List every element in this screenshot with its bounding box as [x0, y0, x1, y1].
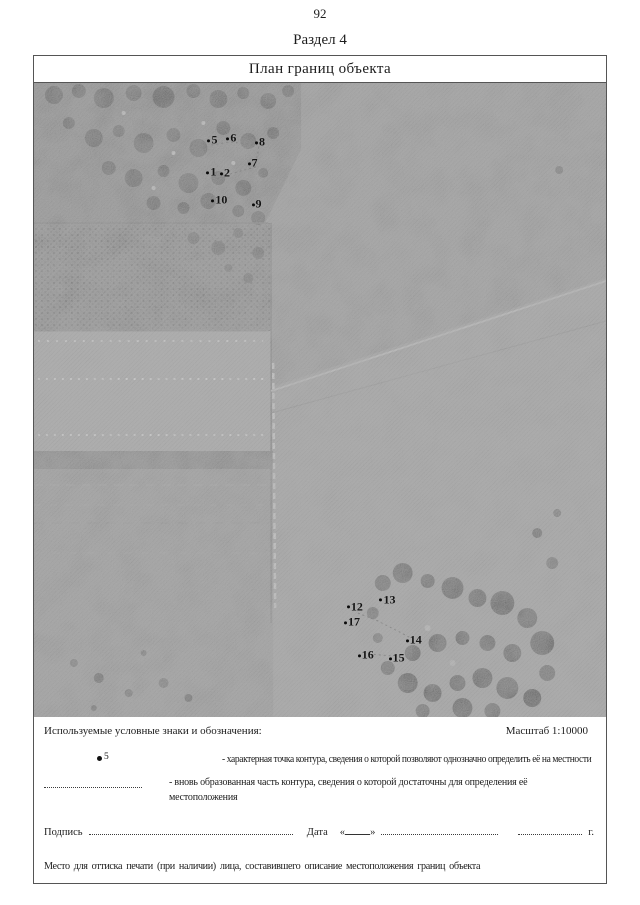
point-symbol: 5 [44, 752, 222, 764]
map-point: 8 [255, 135, 265, 147]
section-title: Раздел 4 [0, 32, 640, 49]
legend-dotted-line-text: - вновь образованная часть контура, свед… [169, 775, 594, 806]
signature-row: Подпись Дата « » г. [44, 824, 594, 838]
map-point: 14 [406, 634, 422, 646]
legend-point-text: - характерная точка контура, сведения о … [222, 752, 591, 768]
month-line[interactable] [381, 824, 497, 835]
date-label: Дата [307, 827, 328, 838]
map-point: 13 [379, 593, 395, 605]
document-page: 92 Раздел 4 План границ объекта [0, 0, 640, 905]
year-line[interactable] [518, 824, 583, 835]
legend-heading: Используемые условные знаки и обозначени… [44, 725, 262, 737]
map-point: 16 [358, 648, 374, 660]
map-point: 9 [252, 197, 262, 209]
legend-item-point: 5 - характерная точка контура, сведения … [44, 752, 594, 768]
seal-note-row: Место для оттиска печати (при наличии) л… [44, 861, 594, 872]
map-point: 5 [207, 133, 217, 145]
map-point: 10 [211, 194, 227, 206]
map-point: 7 [248, 156, 258, 168]
plan-boundaries-box: План границ объекта [33, 55, 607, 884]
map-point: 2 [220, 166, 230, 178]
point-symbol-dot-icon [97, 756, 102, 761]
signature-label: Подпись [44, 827, 83, 838]
legend-item-dotted-line: - вновь образованная часть контура, свед… [44, 775, 594, 806]
map-point: 12 [347, 600, 363, 612]
day-line[interactable] [345, 824, 370, 835]
seal-note: Место для оттиска печати (при наличии) л… [44, 861, 480, 872]
point-symbol-label: 5 [104, 752, 109, 762]
map-point: 17 [344, 615, 360, 627]
dotted-line-symbol-icon [44, 782, 142, 788]
scale-label: Масштаб 1:10000 [506, 725, 588, 737]
legend-section: Используемые условные знаки и обозначени… [34, 717, 606, 883]
plan-title: План границ объекта [34, 56, 606, 83]
map-point: 15 [389, 651, 405, 663]
year-suffix: г. [588, 827, 594, 838]
map-point: 6 [226, 132, 236, 144]
signature-line[interactable] [89, 824, 293, 835]
map-points-layer: 568712109121317141615 [34, 83, 606, 717]
boundary-plan-map: 568712109121317141615 [34, 83, 606, 717]
dotted-line-symbol [44, 775, 169, 791]
day-quote-close: » [370, 827, 375, 838]
page-number: 92 [0, 6, 640, 22]
map-point: 1 [206, 165, 216, 177]
